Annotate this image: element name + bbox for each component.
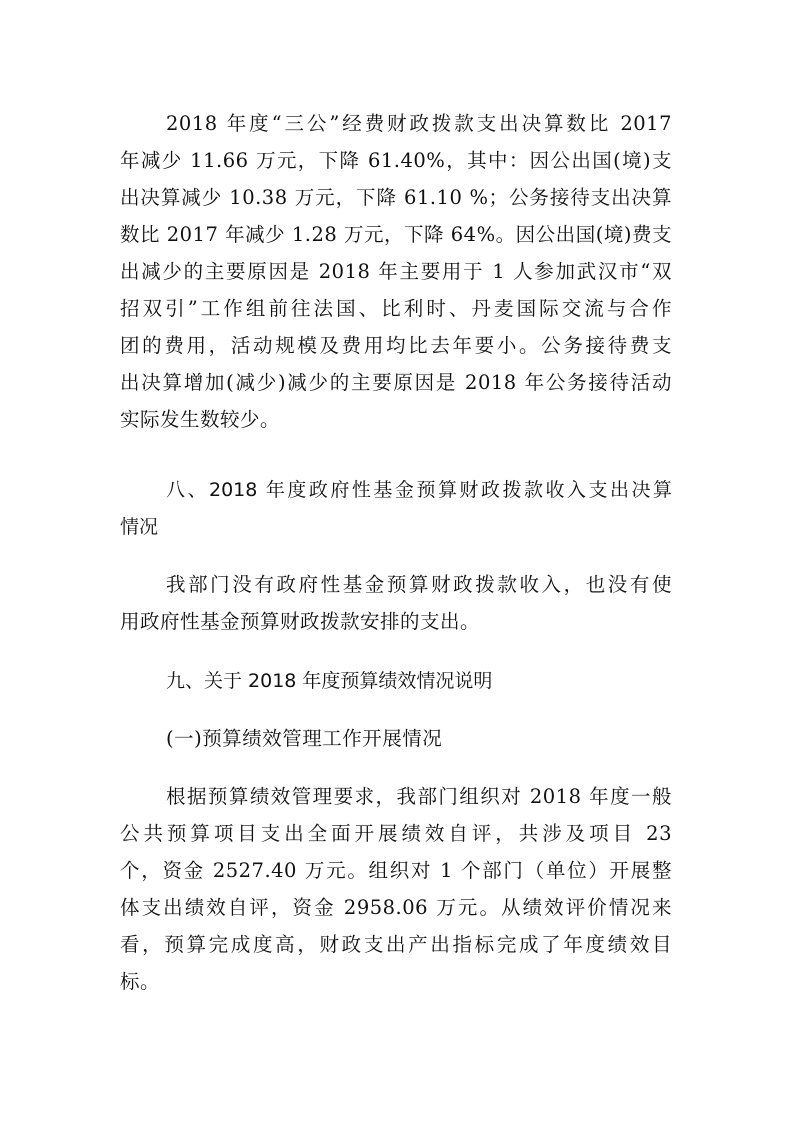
- text-line: 公共预算项目支出全面开展绩效自评，共涉及项目 23: [120, 816, 672, 852]
- text-line: 出决算增加(减少)减少的主要原因是 2018 年公务接待活动: [120, 365, 672, 401]
- text-line: 出决算减少 10.38 万元，下降 61.10 %；公务接待支出决算: [120, 180, 672, 216]
- heading-line: 八、2018 年度政府性基金预算财政拨款收入支出决算: [166, 472, 672, 508]
- text-line: 出减少的主要原因是 2018 年主要用于 1 人参加武汉市“双: [120, 254, 672, 290]
- text-line: 用政府性基金预算财政拨款安排的支出。: [120, 604, 672, 640]
- text-line: 我部门没有政府性基金预算财政拨款收入，也没有使: [166, 567, 672, 603]
- text-line: 看，预算完成度高，财政支出产出指标完成了年度绩效目: [120, 927, 672, 963]
- section-9-heading: 九、关于 2018 年度预算绩效情况说明: [166, 663, 672, 699]
- text-line: 体支出绩效自评，资金 2958.06 万元。从绩效评价情况来: [120, 890, 672, 926]
- text-line: 根据预算绩效管理要求，我部门组织对 2018 年度一般: [166, 779, 672, 815]
- text-line: 年减少 11.66 万元，下降 61.40%，其中：因公出国(境)支: [120, 143, 672, 179]
- text-line: 团的费用，活动规模及费用均比去年要小。公务接待费支: [120, 328, 672, 364]
- heading-line: 情况: [120, 509, 672, 545]
- text-line: 2018 年度“三公”经费财政拨款支出决算数比 2017: [166, 106, 672, 142]
- text-line: 标。: [120, 964, 672, 1000]
- document-page: 2018 年度“三公”经费财政拨款支出决算数比 2017 年减少 11.66 万…: [0, 0, 793, 1122]
- text-line: 个，资金 2527.40 万元。组织对 1 个部门（单位）开展整: [120, 853, 672, 889]
- subsection-1-heading: (一)预算绩效管理工作开展情况: [166, 721, 672, 757]
- text-line: 实际发生数较少。: [120, 402, 672, 438]
- text-line: 招双引”工作组前往法国、比利时、丹麦国际交流与合作: [120, 291, 672, 327]
- text-line: 数比 2017 年减少 1.28 万元，下降 64%。因公出国(境)费支: [120, 217, 672, 253]
